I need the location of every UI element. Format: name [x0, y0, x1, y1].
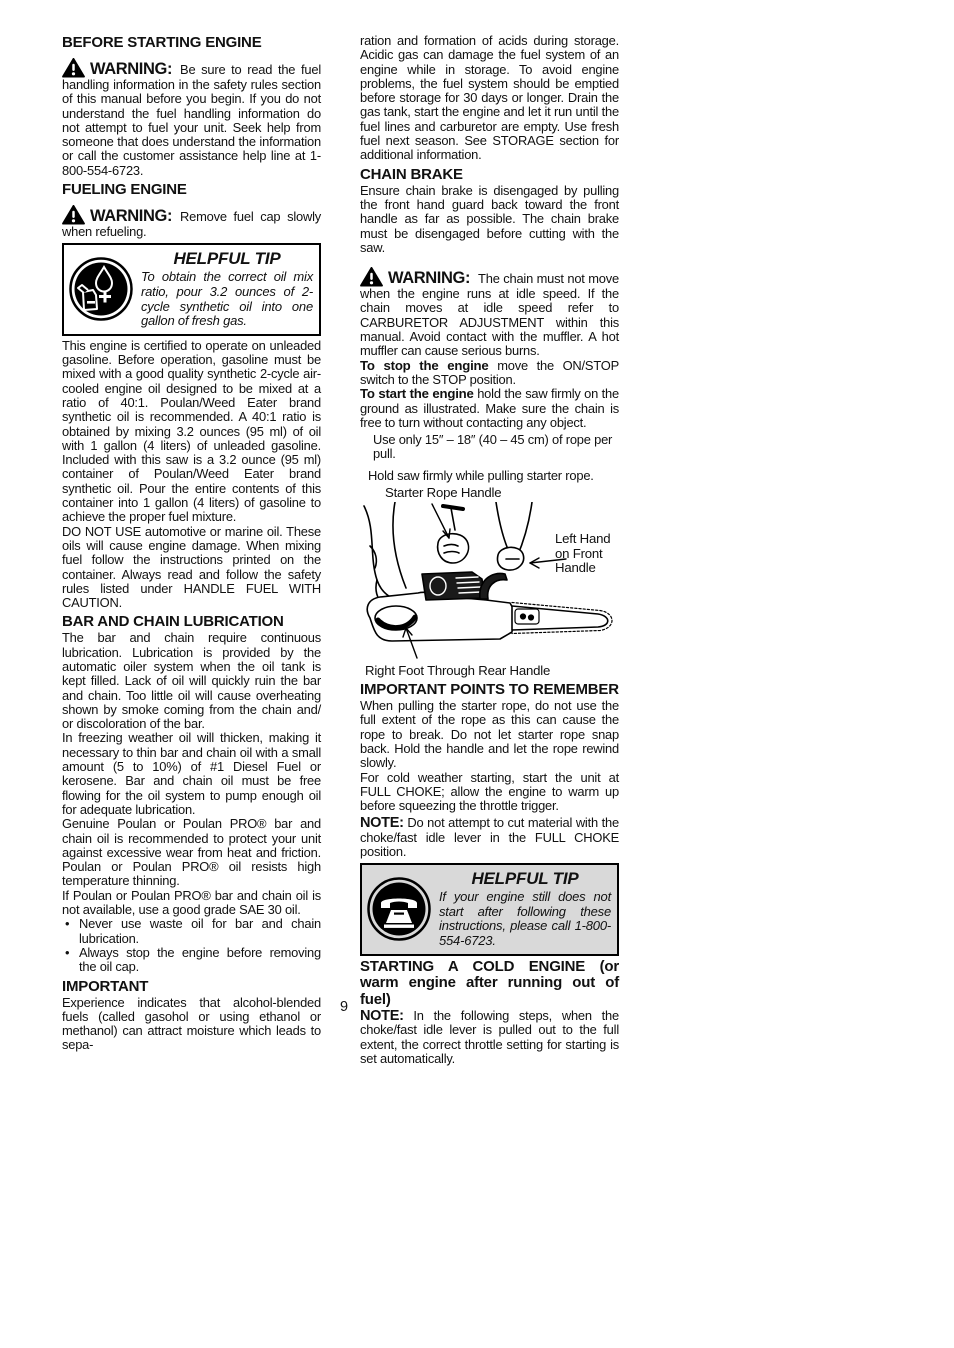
paragraph-fuel-mixing: This engine is certified to operate on u… [62, 339, 321, 525]
paragraph-sae30: If Poulan or Poulan PRO® bar and chain o… [62, 889, 321, 918]
helpful-tip-phone-box: HELPFUL TIP If your engine still does no… [360, 863, 619, 955]
manual-page: BEFORE STARTING ENGINE WARNING:Be sure t… [0, 0, 954, 1348]
heading-starting-cold-engine: STARTING A COLD ENGINE (or warm engine a… [360, 959, 619, 1009]
paragraph-alcohol-fuels: Experience indicates that alcohol-blende… [62, 996, 321, 1053]
heading-bar-and-chain-lubrication: BAR AND CHAIN LUBRICATION [62, 613, 321, 630]
heading-before-starting-engine: BEFORE STARTING ENGINE [62, 34, 321, 51]
lubrication-bullet-list: Never use waste oil for bar and chain lu… [62, 917, 321, 974]
heading-important: IMPORTANT [62, 978, 321, 995]
warning-triangle-icon [360, 267, 383, 287]
tip-content: HELPFUL TIP To obtain the correct oil mi… [141, 249, 313, 328]
left-column: BEFORE STARTING ENGINE WARNING:Be sure t… [62, 34, 321, 1053]
warning-fuel-cap: WARNING:Remove fuel cap slowly when refu… [62, 205, 321, 239]
warning-body-text: Be sure to read the fuel handling inform… [62, 62, 321, 178]
warning-triangle-icon [62, 58, 85, 78]
tip-title: HELPFUL TIP [439, 869, 611, 889]
bullet-waste-oil: Never use waste oil for bar and chain lu… [62, 917, 321, 946]
warning-label: WARNING: [90, 60, 172, 78]
tip-text: If your engine still does not start afte… [439, 890, 611, 948]
paragraph-chain-brake: Ensure chain brake is disengaged by pull… [360, 184, 619, 255]
warning-label: WARNING: [388, 269, 470, 287]
tip-text: To obtain the correct oil mix ratio, pou… [141, 270, 313, 328]
hold-saw-note: Hold saw firmly while pulling starter ro… [360, 469, 619, 483]
paragraph-genuine-oil: Genuine Poulan or Poulan PRO® bar and ch… [62, 817, 321, 888]
paragraph-do-not-use-oil: DO NOT USE automotive or marine oil. The… [62, 525, 321, 611]
warning-triangle-icon [62, 205, 85, 225]
paragraph-cold-weather: For cold weather starting, start the uni… [360, 771, 619, 814]
stop-engine-lead: To stop the engine [360, 358, 489, 373]
tip-title: HELPFUL TIP [141, 249, 313, 269]
figure-label-left-hand: Left Hand on Front Handle [555, 532, 621, 576]
paragraph-start-engine: To start the engine hold the saw firmly … [360, 387, 619, 430]
figure-label-starter-rope-handle: Starter Rope Handle [360, 486, 619, 501]
note-choke-lever: NOTE: In the following steps, when the c… [360, 1009, 619, 1066]
chainsaw-illustration [360, 502, 618, 660]
helpful-tip-oil-mix-box: HELPFUL TIP To obtain the correct oil mi… [62, 243, 321, 335]
heading-chain-brake: CHAIN BRAKE [360, 166, 619, 183]
paragraph-stop-engine: To stop the engine move the ON/STOP swit… [360, 359, 619, 388]
bullet-stop-engine: Always stop the engine before removing t… [62, 946, 321, 975]
page-number: 9 [340, 999, 348, 1015]
paragraph-freezing-weather: In freezing weather oil will thicken, ma… [62, 731, 321, 817]
paragraph-pulling-rope: When pulling the starter rope, do not us… [360, 699, 619, 770]
rope-length-note: Use only 15″ – 18″ (40 – 45 cm) of rope … [360, 433, 619, 462]
tip-content: HELPFUL TIP If your engine still does no… [439, 869, 611, 948]
paragraph-storage: ration and formation of acids during sto… [360, 34, 619, 163]
heading-fueling-engine: FUELING ENGINE [62, 181, 321, 198]
start-engine-lead: To start the engine [360, 386, 474, 401]
note-full-choke: NOTE: Do not attempt to cut material wit… [360, 816, 619, 859]
warning-fuel-handling: WARNING:Be sure to read the fuel handlin… [62, 58, 321, 178]
warning-chain-idle: WARNING:The chain must not move when the… [360, 267, 619, 358]
paragraph-lubrication: The bar and chain require continuous lub… [62, 631, 321, 731]
oil-mix-icon [69, 257, 133, 321]
phone-icon [367, 877, 431, 941]
right-column: ration and formation of acids during sto… [360, 34, 619, 1066]
starting-position-figure: Starter Rope Handle [360, 486, 619, 678]
heading-important-points: IMPORTANT POINTS TO REMEMBER [360, 681, 619, 698]
warning-label: WARNING: [90, 207, 172, 225]
figure-label-right-foot: Right Foot Through Rear Handle [365, 664, 550, 679]
